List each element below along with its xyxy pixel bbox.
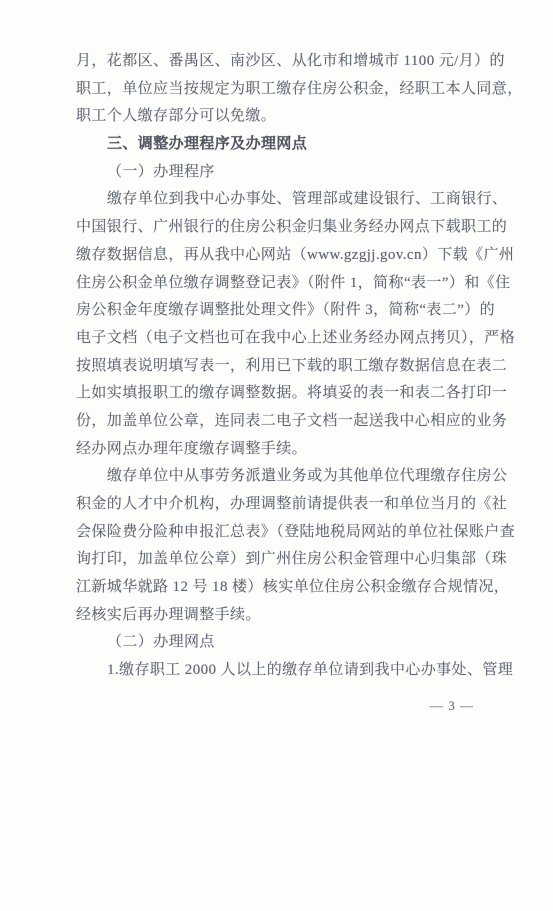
document-line: 经核实后再办理调整手续。 — [76, 602, 496, 630]
document-section-heading: 三、调整办理程序及办理网点 — [76, 131, 496, 159]
document-line: 月，花都区、番禺区、南沙区、从化市和增城市 1100 元/月）的 — [76, 48, 496, 76]
document-line: 积金的人才中介机构，办理调整前请提供表一和单位当月的《社 — [76, 491, 496, 519]
document-line: 房公积金年度缴存调整批处理文件》（附件 3，简称“表二”）的 — [76, 297, 496, 325]
document-line: 份，加盖单位公章，连同表二电子文档一起送我中心相应的业务 — [76, 408, 496, 436]
document-page: 月，花都区、番禺区、南沙区、从化市和增城市 1100 元/月）的 职工，单位应当… — [0, 0, 553, 911]
document-line: 会保险费分险种申报汇总表》（登陆地税局网站的单位社保账户查 — [76, 519, 496, 547]
document-line: 电子文档（电子文档也可在我中心上述业务经办网点拷贝），严格 — [76, 325, 496, 353]
document-body: 月，花都区、番禺区、南沙区、从化市和增城市 1100 元/月）的 职工，单位应当… — [76, 48, 496, 685]
document-line: 上如实填报职工的缴存调整数据。将填妥的表一和表二各打印一 — [76, 380, 496, 408]
document-line: 经办网点办理年度缴存调整手续。 — [76, 436, 496, 464]
page-number: — 3 — — [430, 698, 490, 714]
document-line: 1.缴存职工 2000 人以上的缴存单位请到我中心办事处、管理 — [76, 657, 496, 685]
document-line: 职工个人缴存部分可以免缴。 — [76, 103, 496, 131]
document-subsection-heading: （一）办理程序 — [76, 159, 496, 187]
document-line: 中国银行、广州银行的住房公积金归集业务经办网点下载职工的 — [76, 214, 496, 242]
document-line: 缴存单位中从事劳务派遣业务或为其他单位代理缴存住房公 — [76, 463, 496, 491]
document-line: 按照填表说明填写表一，利用已下载的职工缴存数据信息在表二 — [76, 353, 496, 381]
document-line: 职工，单位应当按规定为职工缴存住房公积金，经职工本人同意， — [76, 76, 496, 104]
document-line: 住房公积金单位缴存调整登记表》（附件 1，简称“表一”）和《住 — [76, 270, 496, 298]
document-line: 询打印，加盖单位公章）到广州住房公积金管理中心归集部（珠 — [76, 546, 496, 574]
document-line: 江新城华就路 12 号 18 楼）核实单位住房公积金缴存合规情况， — [76, 574, 496, 602]
document-line: 缴存数据信息，再从我中心网站（www.gzgjj.gov.cn）下载《广州 — [76, 242, 496, 270]
document-line: 缴存单位到我中心办事处、管理部或建设银行、工商银行、 — [76, 186, 496, 214]
document-subsection-heading: （二）办理网点 — [76, 629, 496, 657]
